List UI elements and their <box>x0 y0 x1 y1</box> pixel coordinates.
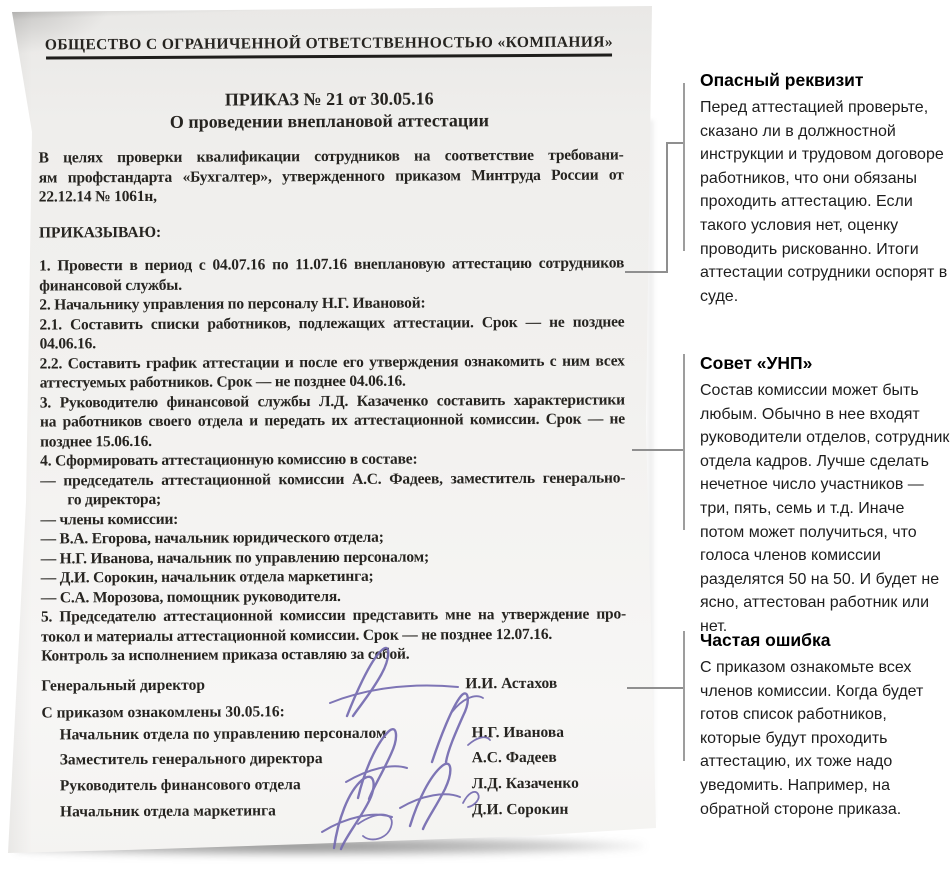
order-line: — председатель аттестационной комиссии А… <box>40 468 625 491</box>
signatory-title: Руководитель финансового отдела <box>60 776 301 795</box>
page: ОБЩЕСТВО С ОГРАНИЧЕННОЙ ОТВЕТСТВЕННОСТЬЮ… <box>0 0 950 874</box>
acknowledged-text: С приказом ознакомлены 30.05.16: <box>41 703 284 722</box>
annotation-3-bar <box>683 631 685 761</box>
director-name: И.И. Астахов <box>465 675 557 693</box>
signatory-name: Д.И. Сорокин <box>472 801 569 820</box>
order-line: токол и материалы аттестационной комисси… <box>41 624 626 647</box>
order-subtitle: О проведении внеплановой аттестации <box>34 108 624 133</box>
signatory-title: Начальник отдела маркетинга <box>60 802 276 821</box>
annotation-heading: Частая ошибка <box>700 629 950 651</box>
annotation-heading: Совет «УНП» <box>700 352 950 374</box>
signatory-row: Заместитель генерального директора А.С. … <box>8 748 660 751</box>
company-header: ОБЩЕСТВО С ОГРАНИЧЕННОЙ ОТВЕТСТВЕННОСТЬЮ… <box>34 33 624 54</box>
order-line: Контроль за исполнением приказа оставляю… <box>41 643 626 666</box>
order-line: на работников своего отдела и передать и… <box>40 409 625 432</box>
preamble-line: ям профстандарта «Бухгалтер», утвержденн… <box>39 165 624 188</box>
order-title: ПРИКАЗ № 21 от 30.05.16 <box>34 86 624 111</box>
order-document: ОБЩЕСТВО С ОГРАНИЧЕННОЙ ОТВЕТСТВЕННОСТЬЮ… <box>6 2 658 860</box>
order-line: 2.1. Составить списки работников, подлеж… <box>39 312 624 335</box>
order-title-block: ПРИКАЗ № 21 от 30.05.16 О проведении вне… <box>34 86 624 133</box>
connector-2 <box>632 449 685 451</box>
annotation-unp-advice: Совет «УНП» Состав комиссии может быть л… <box>700 352 950 639</box>
preamble-line: В целях проверки квалификации сотруднико… <box>39 145 624 168</box>
order-line: 5. Председателю аттестационной комиссии … <box>41 604 626 627</box>
connector-1-vertical <box>666 142 668 273</box>
annotation-text: Перед аттестацией проверьте, сказано ли … <box>700 96 950 308</box>
signatory-name: Н.Г. Иванова <box>472 724 564 742</box>
annotation-text: Состав комиссии может быть любым. Обычно… <box>700 379 950 639</box>
director-title: Генеральный директор <box>41 677 205 696</box>
annotation-1-bar <box>683 83 685 251</box>
order-line: 1. Провести в период с 04.07.16 по 11.07… <box>39 253 624 276</box>
order-content: ОБЩЕСТВО С ОГРАНИЧЕННОЙ ОТВЕТСТВЕННОСТЬЮ… <box>4 0 660 861</box>
annotation-common-mistake: Частая ошибка С приказом ознакомьте всех… <box>700 629 950 821</box>
signatory-title: Начальник отдела по управлению персонало… <box>60 725 387 745</box>
preamble-line: 22.12.14 № 1061н, <box>39 184 624 207</box>
header-rule <box>46 54 612 60</box>
signatory-title: Заместитель генерального директора <box>60 750 323 769</box>
director-signature-row: Генеральный директор И.И. Астахов <box>7 674 659 677</box>
connector-1-horizontal <box>625 271 668 273</box>
order-word: ПРИКАЗЫВАЮ: <box>39 224 161 243</box>
signatory-row: Начальник отдела по управлению персонало… <box>8 723 660 726</box>
connector-3 <box>627 687 685 689</box>
signatory-name: А.С. Фадеев <box>472 749 557 767</box>
acknowledged-line: С приказом ознакомлены 30.05.16: <box>7 701 659 704</box>
annotation-dangerous-attribute: Опасный реквизит Перед аттестацией прове… <box>700 69 950 308</box>
order-line: 2.2. Составить график аттестации и после… <box>40 351 625 374</box>
annotation-2-bar <box>683 354 685 530</box>
order-body: 1. Провести в период с 04.07.16 по 11.07… <box>39 253 626 666</box>
annotation-heading: Опасный реквизит <box>700 69 950 91</box>
order-preamble: В целях проверки квалификации сотруднико… <box>39 145 624 207</box>
signatory-name: Л.Д. Казаченко <box>472 775 579 794</box>
signatory-row: Руководитель финансового отдела Л.Д. Каз… <box>8 774 660 777</box>
annotation-text: С приказом ознакомьте всех членов комисс… <box>700 656 950 821</box>
signatory-row: Начальник отдела маркетинга Д.И. Сорокин <box>8 800 660 803</box>
